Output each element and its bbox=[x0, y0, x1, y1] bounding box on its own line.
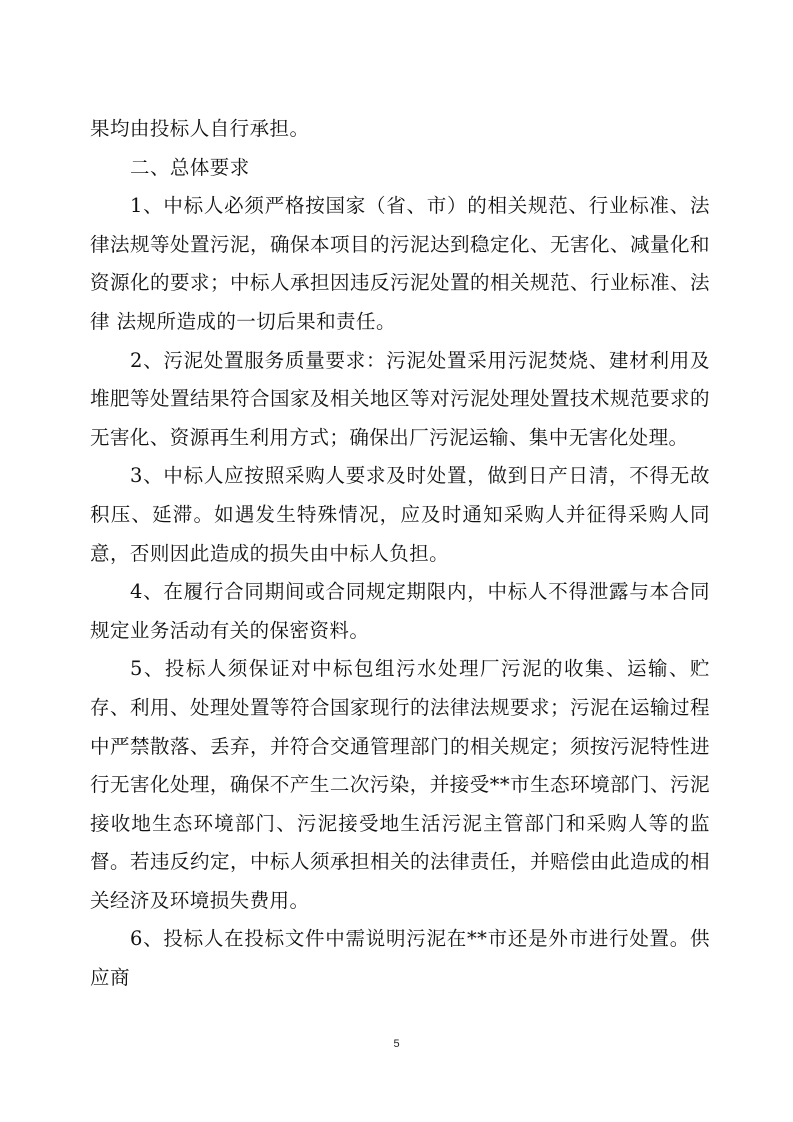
page-number: 5 bbox=[0, 1038, 793, 1050]
document-body: 果均由投标人自行承担。 二、总体要求 1、中标人必须严格按国家（省、市）的相关规… bbox=[90, 110, 710, 998]
paragraph-item-4: 4、在履行合同期间或合同规定期限内，中标人不得泄露与本合同规定业务活动有关的保密… bbox=[90, 573, 710, 650]
paragraph-item-1: 1、中标人必须严格按国家（省、市）的相关规范、行业标准、法律法规等处置污泥，确保… bbox=[90, 187, 710, 341]
paragraph-item-3: 3、中标人应按照采购人要求及时处置，做到日产日清，不得无故积压、延滞。如遇发生特… bbox=[90, 457, 710, 573]
paragraph-item-6: 6、投标人在投标文件中需说明污泥在**市还是外市进行处置。供应商 bbox=[90, 920, 710, 997]
section-heading-overall-requirements: 二、总体要求 bbox=[90, 149, 710, 188]
document-page: 果均由投标人自行承担。 二、总体要求 1、中标人必须严格按国家（省、市）的相关规… bbox=[0, 0, 793, 1122]
paragraph-item-5: 5、投标人须保证对中标包组污水处理厂污泥的收集、运输、贮存、利用、处理处置等符合… bbox=[90, 650, 710, 920]
paragraph-continuation: 果均由投标人自行承担。 bbox=[90, 110, 710, 149]
paragraph-item-2: 2、污泥处置服务质量要求：污泥处置采用污泥焚烧、建材利用及堆肥等处置结果符合国家… bbox=[90, 342, 710, 458]
